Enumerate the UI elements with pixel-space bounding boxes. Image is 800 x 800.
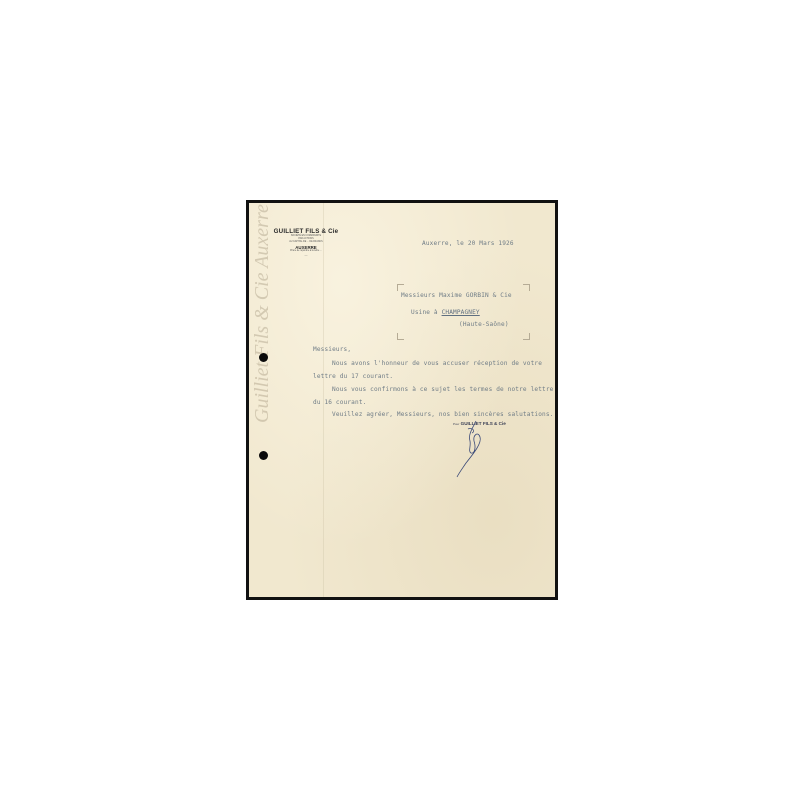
address-bracket [523, 284, 530, 291]
letterhead-company: GUILLIET FILS & Cie [263, 228, 349, 235]
address-bracket [397, 333, 404, 340]
handwritten-signature [454, 419, 494, 479]
recipient-prefix: Usine à [411, 309, 442, 316]
letter-sheet: Guilliet Fils & Cie Auxerre GUILLIET FIL… [246, 200, 558, 600]
body-line: lettre du 17 courant. [313, 373, 393, 380]
body-line: Nous avons l'honneur de vous accuser réc… [332, 360, 542, 367]
salutation: Messieurs, [313, 346, 351, 353]
letterhead: GUILLIET FILS & Cie SOCIÉTÉ EN COMMANDIT… [263, 228, 349, 257]
recipient-line: Messieurs Maxime GORBIN & Cie [401, 292, 512, 299]
recipient-line: Usine à CHAMPAGNEY [411, 309, 480, 316]
closing-line: Veuillez agréer, Messieurs, nos bien sin… [332, 411, 554, 418]
date-line: Auxerre, le 20 Mars 1926 [422, 240, 514, 247]
punch-hole [259, 353, 268, 362]
recipient-line: (Haute-Saône) [459, 321, 509, 328]
address-bracket [397, 284, 404, 291]
letterhead-line: AU CAPITAL DE ... DE FRANCS [263, 241, 349, 244]
recipient-place: CHAMPAGNEY [442, 309, 480, 316]
body-line: du 16 courant. [313, 399, 366, 406]
punch-hole [259, 451, 268, 460]
body-line: Nous vous confirmons à ce sujet les term… [332, 386, 554, 393]
letterhead-dash: — [263, 253, 349, 257]
address-bracket [523, 333, 530, 340]
